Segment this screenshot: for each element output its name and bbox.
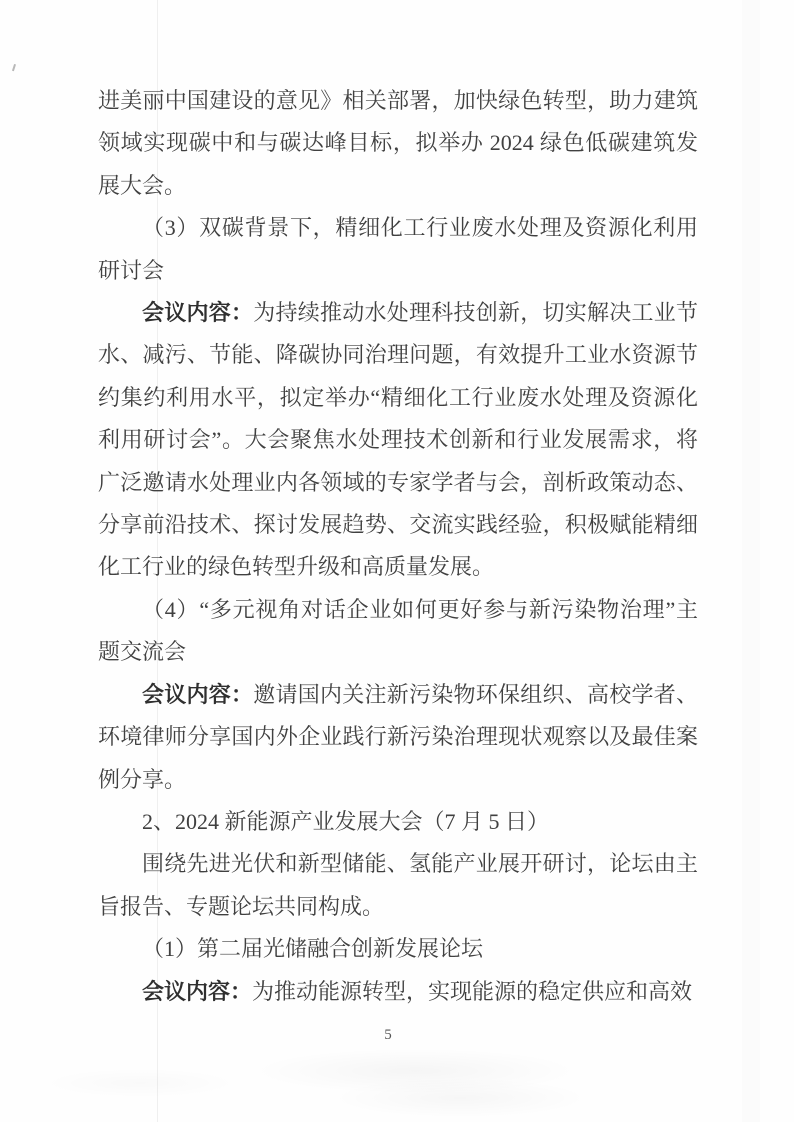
item-4-heading: （4）“多元视角对话企业如何更好参与新污染物治理”主题交流会 — [98, 589, 698, 674]
paragraph-text: 进美丽中国建设的意见》相关部署，加快绿色转型，助力建筑领域实现碳中和与碳达峰目标… — [98, 88, 698, 198]
item-1-heading: （1）第二届光储融合创新发展论坛 — [98, 928, 698, 970]
meeting-content-label: 会议内容： — [142, 979, 252, 1004]
paragraph-text: 2、2024 新能源产业发展大会（7 月 5 日） — [142, 809, 549, 834]
paragraph-text: （4）“多元视角对话企业如何更好参与新污染物治理”主题交流会 — [98, 597, 698, 664]
paragraph-text: （3）双碳背景下，精细化工行业废水处理及资源化利用研讨会 — [98, 215, 698, 282]
paragraph-text: 围绕先进光伏和新型储能、氢能产业展开研讨，论坛由主旨报告、专题论坛共同构成。 — [98, 851, 698, 918]
scan-stray-mark — [12, 64, 16, 71]
meeting-content-item-1: 会议内容：为推动能源转型，实现能源的稳定供应和高效 — [98, 971, 698, 1013]
paragraph-text: 为推动能源转型，实现能源的稳定供应和高效 — [252, 979, 692, 1004]
meeting-content-label: 会议内容： — [142, 682, 253, 707]
page-footer: 5 — [98, 1026, 678, 1044]
paragraph-text: 为持续推动水处理科技创新，切实解决工业节水、减污、节能、降碳协同治理问题，有效提… — [98, 300, 698, 579]
page-number: 5 — [384, 1027, 392, 1043]
section-2-heading: 2、2024 新能源产业发展大会（7 月 5 日） — [98, 801, 698, 843]
meeting-content-label: 会议内容： — [142, 300, 253, 325]
scan-smudge — [330, 1078, 590, 1118]
scan-shading-band — [742, 0, 760, 1122]
body-paragraph-continuation: 进美丽中国建设的意见》相关部署，加快绿色转型，助力建筑领域实现碳中和与碳达峰目标… — [98, 80, 698, 207]
paragraph-text: （1）第二届光储融合创新发展论坛 — [142, 936, 483, 961]
document-page: 进美丽中国建设的意见》相关部署，加快绿色转型，助力建筑领域实现碳中和与碳达峰目标… — [0, 0, 794, 1122]
meeting-content-item-3: 会议内容：为持续推动水处理科技创新，切实解决工业节水、减污、节能、降碳协同治理问… — [98, 292, 698, 589]
scan-smudge — [40, 1068, 240, 1098]
item-3-heading: （3）双碳背景下，精细化工行业废水处理及资源化利用研讨会 — [98, 207, 698, 292]
section-2-intro: 围绕先进光伏和新型储能、氢能产业展开研讨，论坛由主旨报告、专题论坛共同构成。 — [98, 843, 698, 928]
meeting-content-item-4: 会议内容：邀请国内关注新污染物环保组织、高校学者、环境律师分享国内外企业践行新污… — [98, 674, 698, 801]
document-body: 进美丽中国建设的意见》相关部署，加快绿色转型，助力建筑领域实现碳中和与碳达峰目标… — [98, 80, 698, 1013]
